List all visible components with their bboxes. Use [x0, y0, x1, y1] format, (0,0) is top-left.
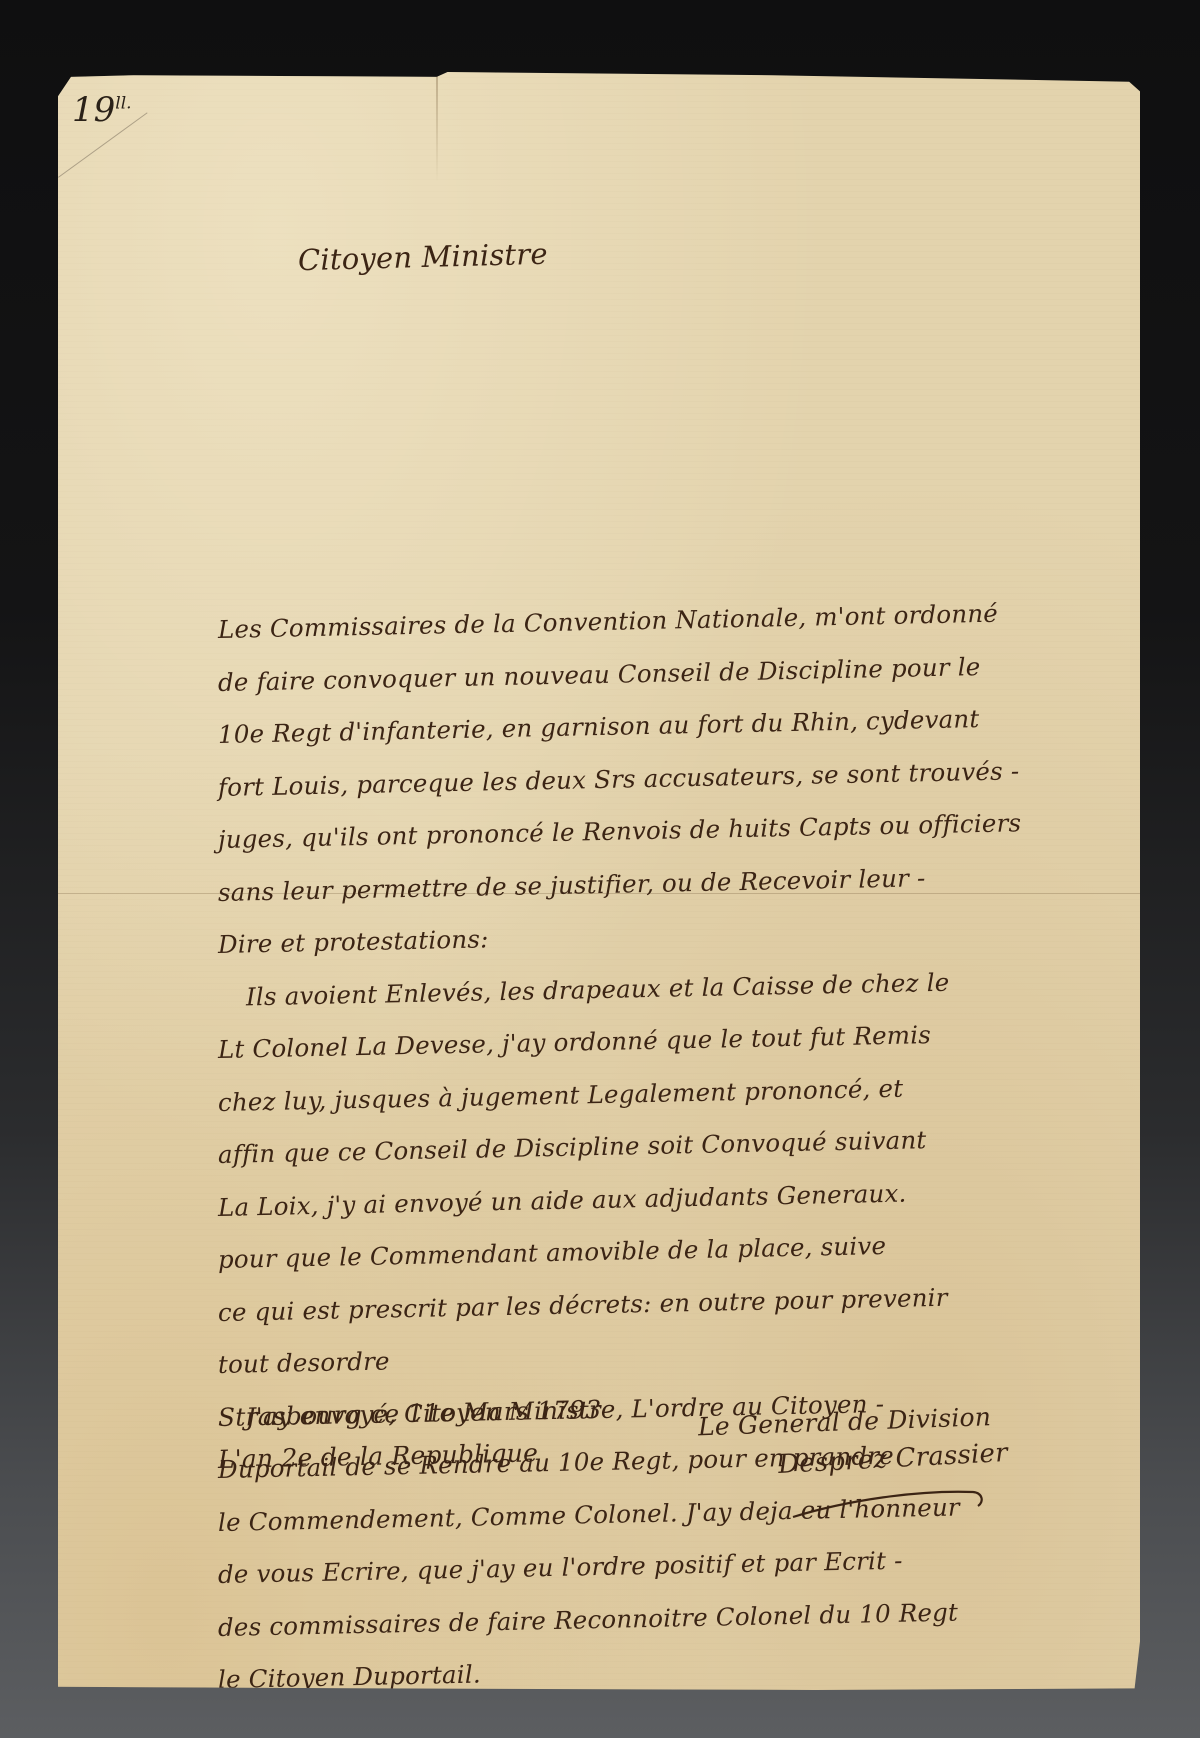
paper-tear [436, 72, 438, 182]
signature-block: Le General de Division Desprez Crassier [698, 1407, 1008, 1474]
place-date: Strasbourg ce 11e Mars 1793 L'an 2e de l… [218, 1397, 601, 1481]
letter-paper: 19ll. Citoyen Ministre Les Commissaires … [58, 72, 1140, 1690]
signatory-name: Desprez Crassier [777, 1438, 1008, 1480]
archive-number-superscript: ll. [115, 94, 131, 114]
salutation: Citoyen Ministre [298, 237, 549, 278]
signatory-title: Le General de Division [698, 1402, 1009, 1442]
letter-body: Les Commissaires de la Convention Nation… [218, 604, 1118, 1707]
signature-flourish-icon [788, 1482, 988, 1522]
republic-year-line: L'an 2e de la Republique [218, 1431, 602, 1481]
archive-number-main: 19 [72, 90, 115, 130]
archive-number: 19ll. [72, 90, 132, 130]
